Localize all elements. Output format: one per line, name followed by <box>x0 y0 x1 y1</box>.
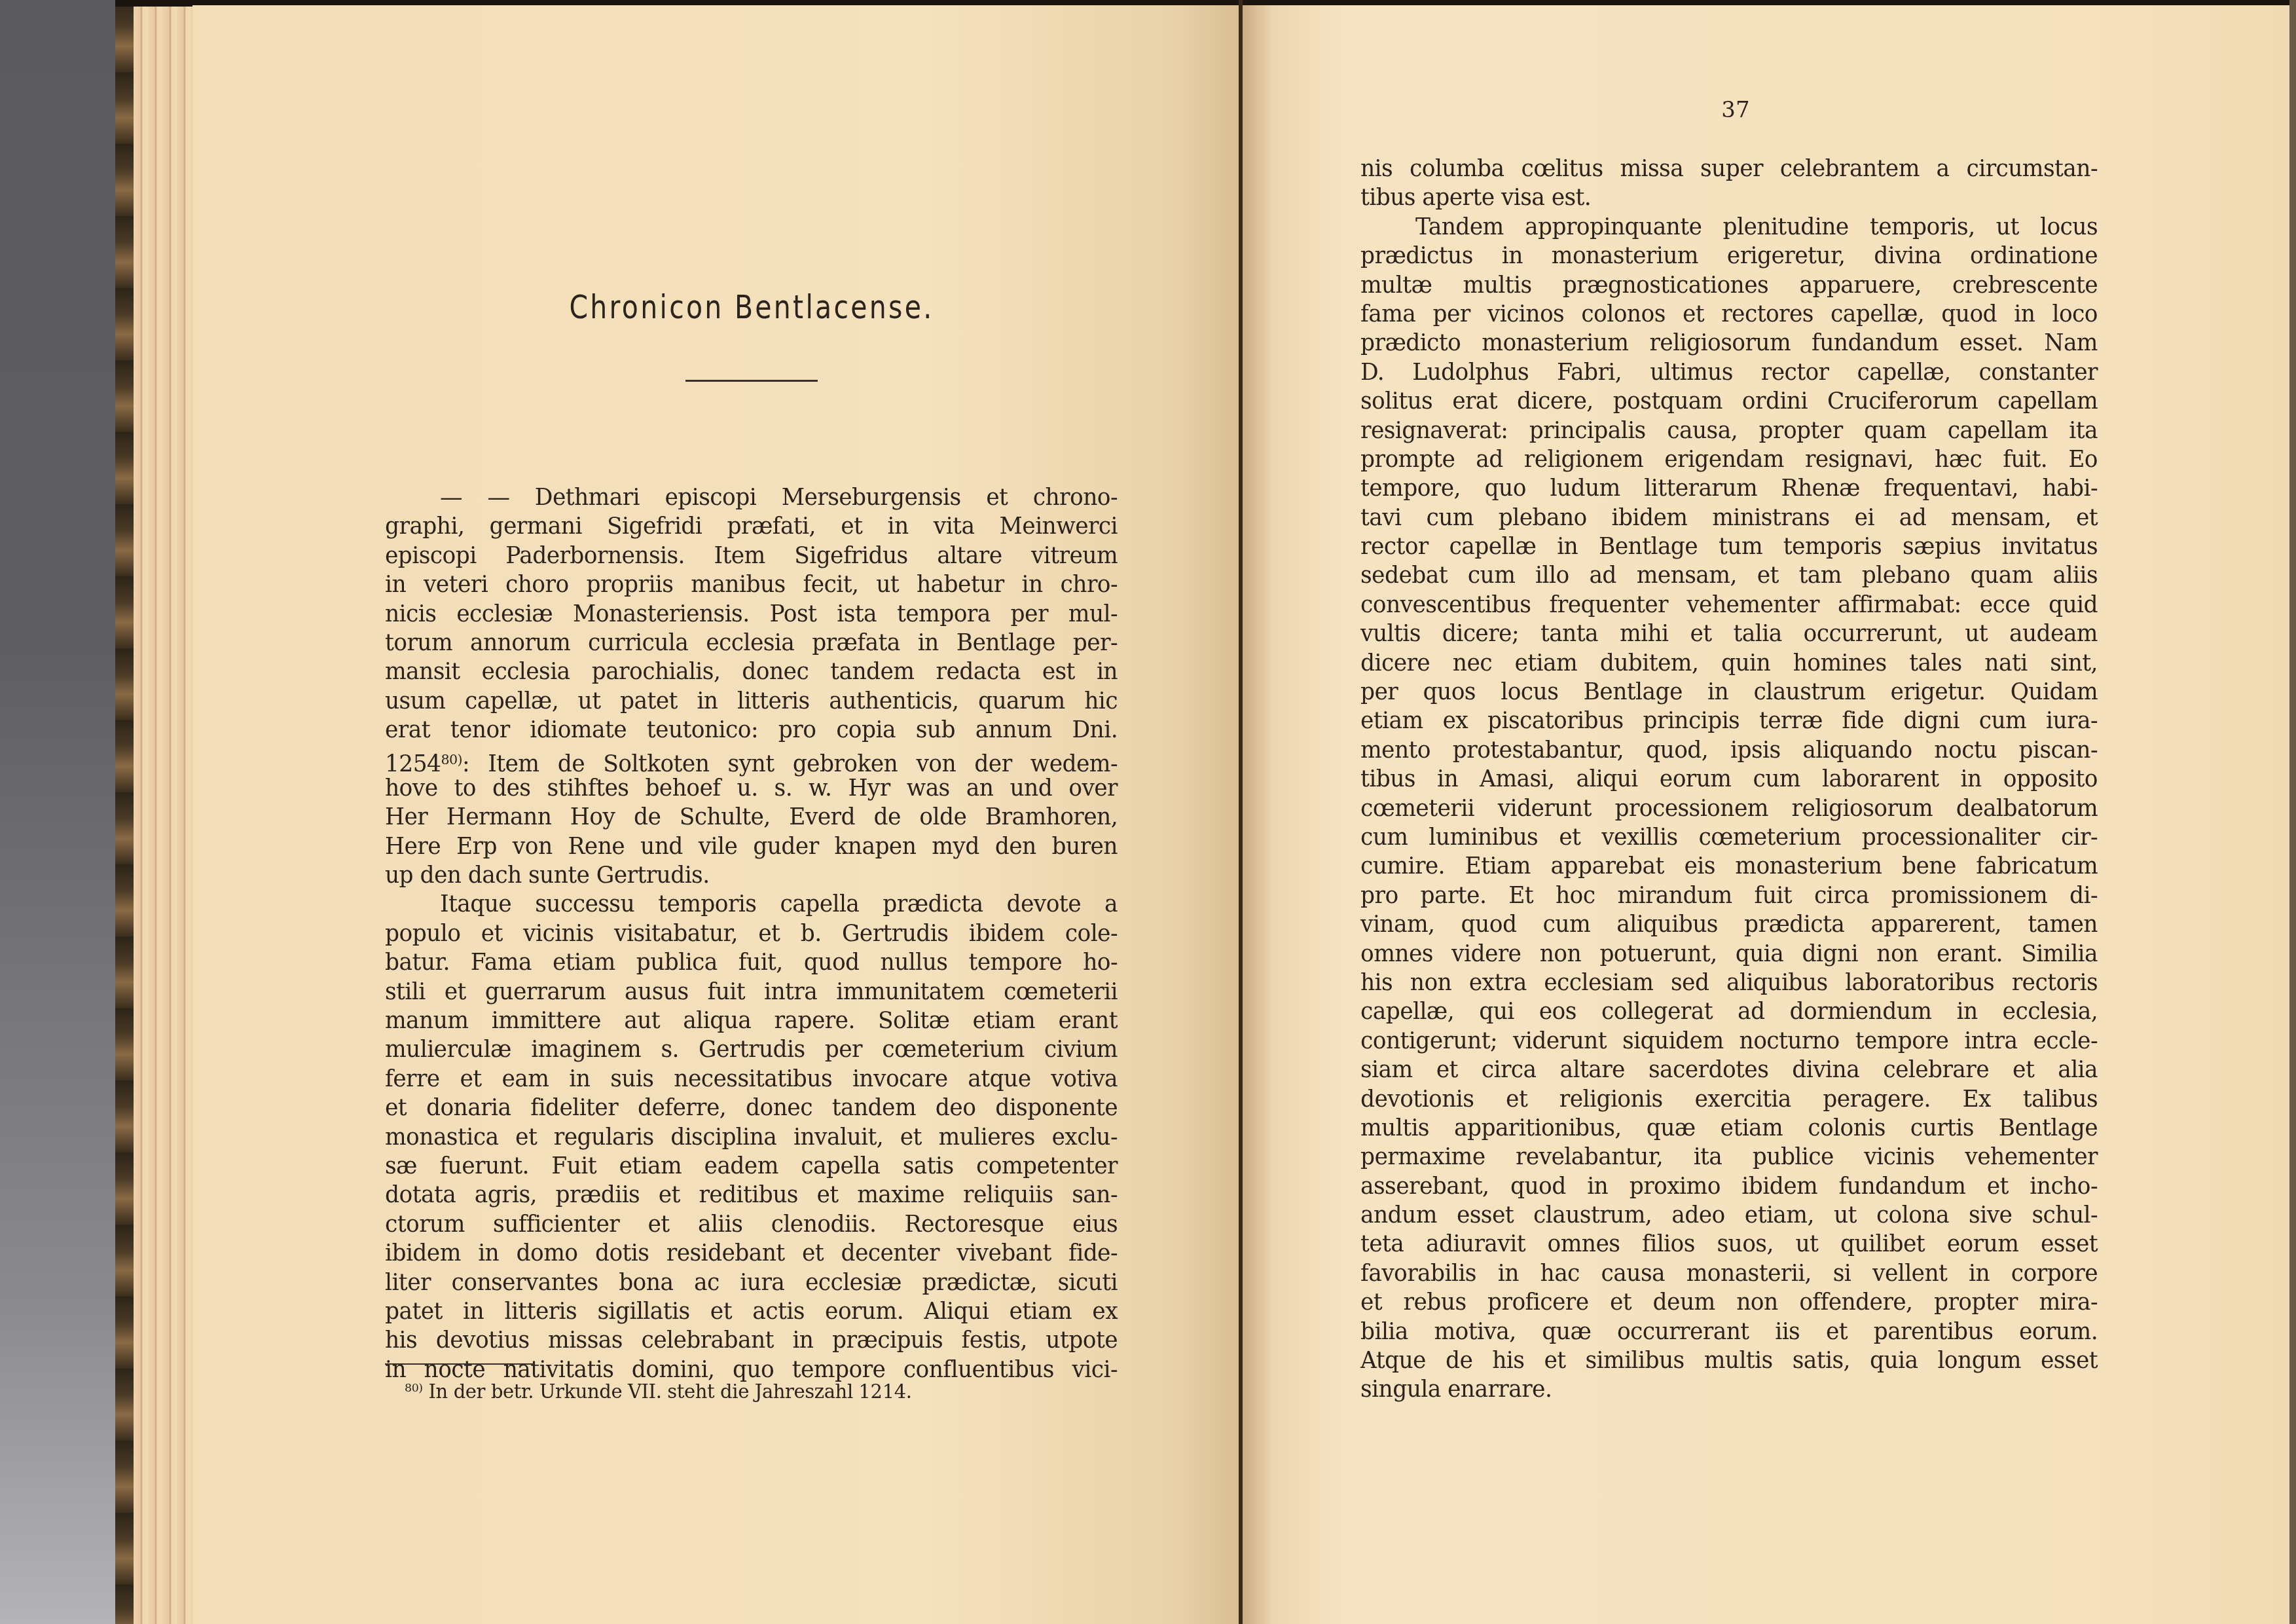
text-line: tempore, quo ludum litterarum Rhenæ freq… <box>1360 474 2098 503</box>
text-line: episcopi Paderbornensis. Item Sigefridus… <box>385 542 1118 570</box>
line-rest: : Item de Soltkoten synt gebroken von de… <box>462 751 1118 777</box>
text-line: nis columba cœlitus missa super celebran… <box>1360 155 2098 183</box>
book-spine <box>115 0 134 1624</box>
text-line: favorabilis in hac causa monasterii, si … <box>1360 1259 2098 1288</box>
title-rule <box>685 380 818 382</box>
text-line: monastica et regularis disciplina invalu… <box>385 1123 1118 1152</box>
text-line: asserebant, quod in proximo ibidem funda… <box>1360 1172 2098 1201</box>
text-line: per quos locus Bentlage in claustrum eri… <box>1360 678 2098 707</box>
text-line: tibus aperte visa est. <box>1360 183 2098 212</box>
footnote-text: In der betr. Urkunde VII. steht die Jahr… <box>429 1380 912 1403</box>
text-line: rector capellæ in Bentlage tum temporis … <box>1360 532 2098 561</box>
text-line: omnes videre non potuerunt, quia digni n… <box>1360 940 2098 969</box>
footnote-marker: 80) <box>405 1382 423 1395</box>
text-line: usum capellæ, ut patet in litteris authe… <box>385 687 1118 716</box>
text-line: devotionis et religionis exercitia perag… <box>1360 1085 2098 1114</box>
left-page-body: — — Dethmari episcopi Merseburgensis et … <box>385 483 1118 1384</box>
scan-backdrop <box>0 0 131 1624</box>
text-line: populo et vicinis visitabatur, et b. Ger… <box>385 919 1118 948</box>
text-line: resignaverat: principalis causa, propter… <box>1360 416 2098 445</box>
text-line: ibidem in domo dotis residebant et decen… <box>385 1239 1118 1268</box>
text-line: prædictus in monasterium erigeretur, div… <box>1360 242 2098 270</box>
text-line: cumire. Etiam apparebat eis monasterium … <box>1360 852 2098 881</box>
text-line: in veteri choro propriis manibus fecit, … <box>385 570 1118 599</box>
text-line: mulierculæ imaginem s. Gertrudis per cœm… <box>385 1035 1118 1064</box>
text-line: Tandem appropinquante plenitudine tempor… <box>1360 213 2098 242</box>
text-line: Itaque successu temporis capella prædict… <box>385 890 1118 919</box>
text-line: ctorum sufficienter et aliis clenodiis. … <box>385 1210 1118 1239</box>
text-line: Her Hermann Hoy de Schulte, Everd de old… <box>385 803 1118 832</box>
text-line: patet in litteris sigillatis et actis eo… <box>385 1297 1118 1326</box>
text-line: capellæ, qui eos collegerat ad dormiendu… <box>1360 997 2098 1026</box>
text-line: up den dach sunte Gertrudis. <box>385 861 1118 890</box>
right-page-body: nis columba cœlitus missa super celebran… <box>1360 155 2098 1405</box>
year-text: 1254 <box>385 751 441 777</box>
text-line: vultis dicere; tanta mihi et talia occur… <box>1360 619 2098 648</box>
text-line: convescentibus frequenter vehementer aff… <box>1360 591 2098 619</box>
text-line: multæ multis prægnosticationes apparuere… <box>1360 271 2098 300</box>
text-line: multis apparitionibus, quæ etiam colonis… <box>1360 1114 2098 1143</box>
text-line: et rebus proficere et deum non offendere… <box>1360 1288 2098 1317</box>
text-line: cœmeterii viderunt processionem religios… <box>1360 794 2098 823</box>
text-line: cum luminibus et vexillis cœmeterium pro… <box>1360 823 2098 852</box>
text-line: prompte ad religionem erigendam resignav… <box>1360 445 2098 474</box>
text-line: prædicto monasterium religiosorum fundan… <box>1360 329 2098 358</box>
text-line: siam et circa altare sacerdotes divina c… <box>1360 1056 2098 1084</box>
footnote: 80) In der betr. Urkunde VII. steht die … <box>405 1380 912 1403</box>
text-line: — — Dethmari episcopi Merseburgensis et … <box>385 483 1118 512</box>
text-line: tavi cum plebano ibidem ministrans ei ad… <box>1360 504 2098 532</box>
text-line: dicere nec etiam dubitem, quin homines t… <box>1360 649 2098 678</box>
text-line: bilia motiva, quæ occurrerant iis et par… <box>1360 1318 2098 1346</box>
text-line: etiam ex piscatoribus principis terræ fi… <box>1360 707 2098 735</box>
text-line: pro parte. Et hoc mirandum fuit circa pr… <box>1360 881 2098 910</box>
text-line: vinam, quod cum aliquibus prædicta appar… <box>1360 910 2098 939</box>
text-line: andum esset claustrum, adeo etiam, ut co… <box>1360 1201 2098 1230</box>
chapter-title: Chronicon Bentlacense. <box>451 288 1052 326</box>
text-line: D. Ludolphus Fabri, ultimus rector capel… <box>1360 358 2098 387</box>
text-line: manum immittere aut aliqua rapere. Solit… <box>385 1006 1118 1035</box>
text-line: tibus in Amasi, aliqui eorum cum laborar… <box>1360 765 2098 794</box>
text-line: et donaria fideliter deferre, donec tand… <box>385 1094 1118 1122</box>
text-line: singula enarrare. <box>1360 1375 2098 1404</box>
book-gutter <box>1239 0 1243 1624</box>
text-line: graphi, germani Sigefridi præfati, et in… <box>385 512 1118 541</box>
text-line: contigerunt; viderunt siquidem nocturno … <box>1360 1027 2098 1056</box>
text-line: sæ fuerunt. Fuit etiam eadem capella sat… <box>385 1152 1118 1181</box>
text-line: torum annorum curricula ecclesia præfata… <box>385 629 1118 657</box>
page-number: 37 <box>1715 97 1756 123</box>
text-line: solitus erat dicere, postquam ordini Cru… <box>1360 387 2098 416</box>
footnote-rule <box>385 1363 534 1365</box>
text-line: nicis ecclesiæ Monasteriensis. Post ista… <box>385 600 1118 629</box>
text-line: his non extra ecclesiam sed aliquibus la… <box>1360 969 2098 997</box>
text-line: mansit ecclesia parochialis, donec tande… <box>385 657 1118 686</box>
right-edge <box>2289 0 2296 1624</box>
text-line: sedebat cum illo ad mensam, et tam pleba… <box>1360 561 2098 590</box>
text-line: teta adiuravit omnes filios suos, ut qui… <box>1360 1230 2098 1259</box>
text-line: Here Erp von Rene und vile guder knapen … <box>385 832 1118 861</box>
text-line: hove to des stihftes behoef u. s. w. Hyr… <box>385 774 1118 803</box>
text-line-with-footnote: 125480): Item de Soltkoten synt gebroken… <box>385 745 1118 774</box>
text-line: dotata agris, prædiis et reditibus et ma… <box>385 1181 1118 1209</box>
text-line: ferre et eam in suis necessitatibus invo… <box>385 1065 1118 1094</box>
text-line: his devotius missas celebrabant in præci… <box>385 1326 1118 1355</box>
text-line: mento protestabantur, quod, ipsis aliqua… <box>1360 736 2098 765</box>
text-line: batur. Fama etiam publica fuit, quod nul… <box>385 948 1118 977</box>
text-line: liter conservantes bona ac iura ecclesiæ… <box>385 1268 1118 1297</box>
page-edges <box>134 7 192 1624</box>
text-line: stili et guerrarum ausus fuit intra immu… <box>385 978 1118 1006</box>
text-line: Atque de his et similibus multis satis, … <box>1360 1346 2098 1375</box>
footnote-reference[interactable]: 80) <box>441 752 462 767</box>
text-line: fama per vicinos colonos et rectores cap… <box>1360 300 2098 329</box>
text-line: permaxime revelabantur, ita publice vici… <box>1360 1143 2098 1172</box>
text-line: erat tenor idiomate teutonico: pro copia… <box>385 716 1118 745</box>
